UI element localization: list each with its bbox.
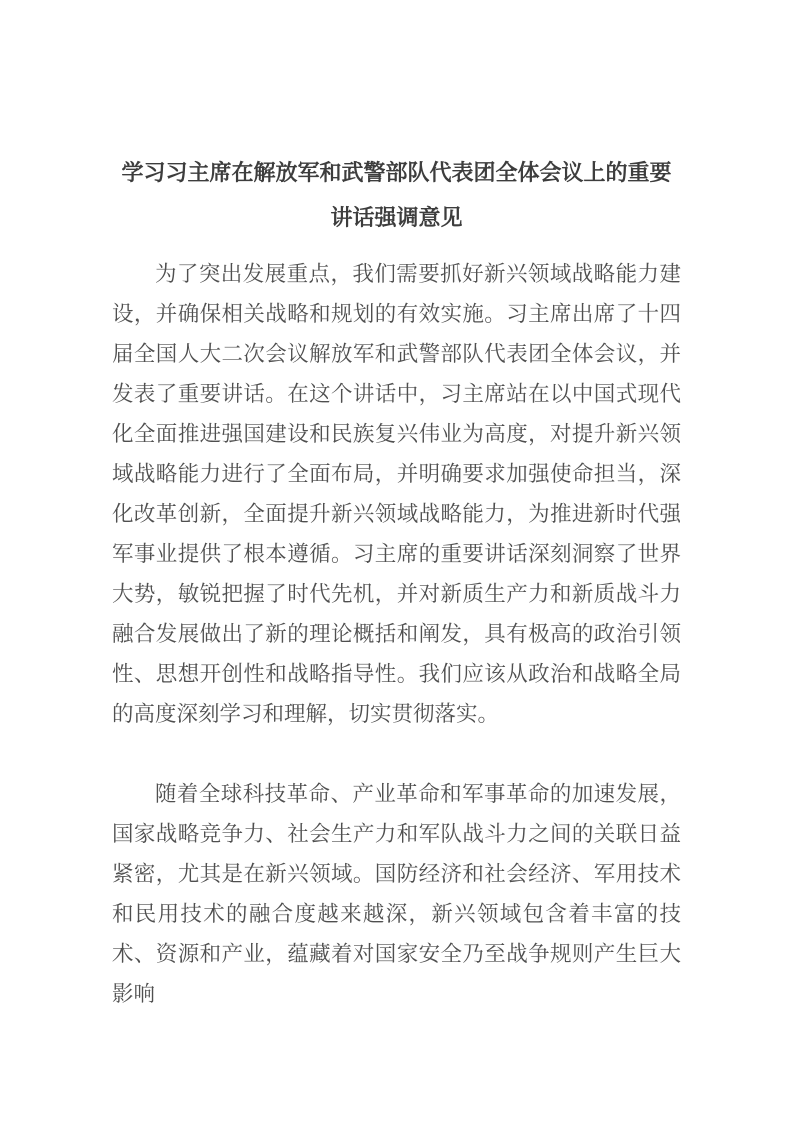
document-body: 学习习主席在解放军和武警部队代表团全体会议上的重要讲话强调意见 为了突出发展重点… xyxy=(112,150,681,1014)
document-title: 学习习主席在解放军和武警部队代表团全体会议上的重要讲话强调意见 xyxy=(112,150,681,240)
document-page: 学习习主席在解放军和武警部队代表团全体会议上的重要讲话强调意见 为了突出发展重点… xyxy=(0,0,793,1122)
paragraph-1: 为了突出发展重点，我们需要抓好新兴领域战略能力建设，并确保相关战略和规划的有效实… xyxy=(112,254,681,734)
paragraph-2: 随着全球科技革命、产业革命和军事革命的加速发展，国家战略竞争力、社会生产力和军队… xyxy=(112,774,681,1014)
